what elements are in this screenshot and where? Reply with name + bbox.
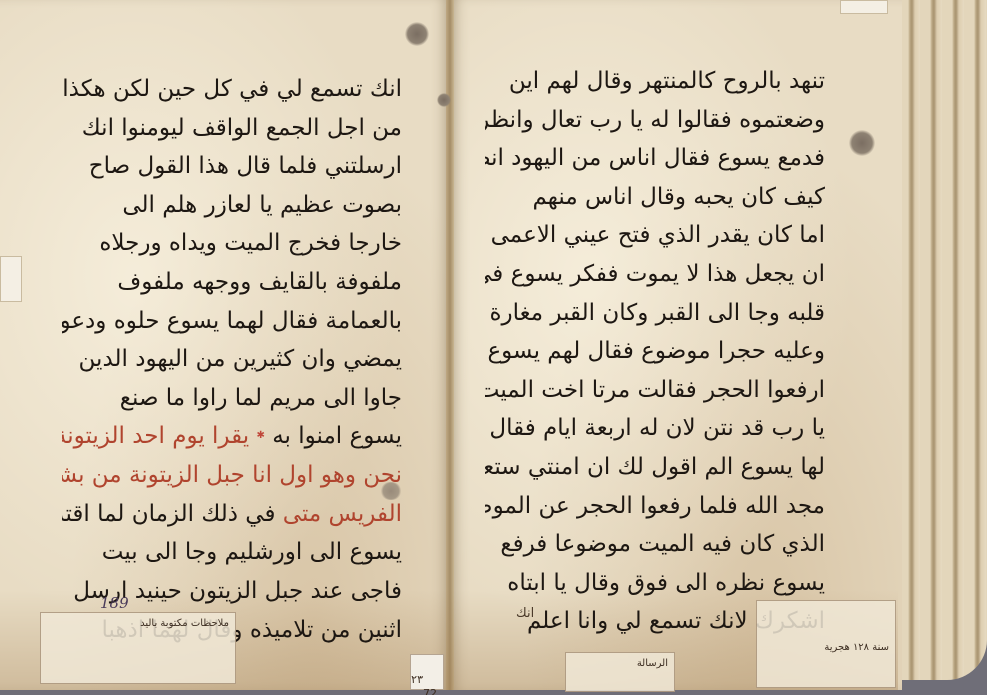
text-line: الذي كان فيه الميت موضوعا فرفع [485,525,825,564]
shelfmark-label: ٢٣ 72 [410,654,444,690]
text-line: لها يسوع الم اقول لك ان امنتي ستعاينين [485,448,825,487]
label-handwriting: ملاحظات مكتوبة باليد [140,618,229,629]
text-line: ملفوفة بالقايف ووجهه ملفوف [62,263,402,302]
text-line: فدمع يسوع فقال اناس من اليهود انظروا [485,139,825,178]
library-label-center: الرسالة [565,652,675,692]
library-label-left: ملاحظات مكتوبة باليد [40,612,236,684]
text-segment: يسوع امنوا به [272,423,402,449]
ink-spot [849,130,875,156]
text-segment: في ذلك الزمان لما اقترب [62,501,275,527]
text-line: ان يجعل هذا لا يموت ففكر يسوع في [485,255,825,294]
fore-edge-pages [898,0,987,680]
paper-tab [840,0,888,14]
left-page-text: انك تسمع لي في كل حين لكن هكذا من اجل ال… [62,70,402,649]
text-line: كيف كان يحبه وقال اناس منهم [485,178,825,217]
text-line: يسوع الى اورشليم وجا الى بيت [62,533,402,572]
text-line-mixed: الفريس متى في ذلك الزمان لما اقترب [62,495,402,534]
text-line: قلبه وجا الى القبر وكان القبر مغارة [485,294,825,333]
text-line: جاوا الى مريم لما راوا ما صنع [62,379,402,418]
ink-spot [405,22,429,46]
text-line: ارسلتني فلما قال هذا القول صاح [62,147,402,186]
catchword: انك [516,606,534,621]
rubric-heading: يقرا يوم احد الزيتونة [62,423,249,449]
text-line: مجد الله فلما رفعوا الحجر عن الموضع [485,487,825,526]
text-line: تنهد بالروح كالمنتهر وقال لهم اين [485,62,825,101]
rubric-line: نحن وهو اول انا جبل الزيتونة من بشارة [62,456,402,495]
text-line: وعليه حجرا موضوع فقال لهم يسوع [485,332,825,371]
text-line: يسوع نظره الى فوق وقال يا ابتاه [485,564,825,603]
rubric-marker-icon: ✱ [256,431,264,442]
folio-number: 189 [100,594,129,612]
right-page-text: تنهد بالروح كالمنتهر وقال لهم اين وضعتمو… [485,62,825,641]
text-line: من اجل الجمع الواقف ليومنوا انك [62,109,402,148]
manuscript-spread: انك تسمع لي في كل حين لكن هكذا من اجل ال… [0,0,987,695]
label-handwriting: الرسالة [637,658,668,669]
text-line: بالعمامة فقال لهما يسوع حلوه ودعوه [62,302,402,341]
text-line: ارفعوا الحجر فقالت مرتا اخت الميت [485,371,825,410]
text-line: اما كان يقدر الذي فتح عيني الاعمى [485,216,825,255]
text-line: خارجا فخرج الميت ويداه ورجلاه [62,224,402,263]
label-handwriting: سنة ١٢٨ هجرية [824,642,889,653]
shelfmark-text: ٢٣ 72 [411,673,437,695]
library-label-right: سنة ١٢٨ هجرية [756,600,896,688]
text-line: وضعتموه فقالوا له يا رب تعال وانظر [485,101,825,140]
text-line-mixed: يسوع امنوا به ✱ يقرا يوم احد الزيتونة [62,417,402,456]
rubric-segment: الفريس متى [283,501,402,527]
ink-spot [437,93,451,107]
text-line: بصوت عظيم يا لعازر هلم الى [62,186,402,225]
paper-tab [0,256,22,302]
text-line: يمضي وان كثيرين من اليهود الدين [62,340,402,379]
text-line: يا رب قد نتن لان له اربعة ايام فقال [485,409,825,448]
text-line: انك تسمع لي في كل حين لكن هكذا [62,70,402,109]
